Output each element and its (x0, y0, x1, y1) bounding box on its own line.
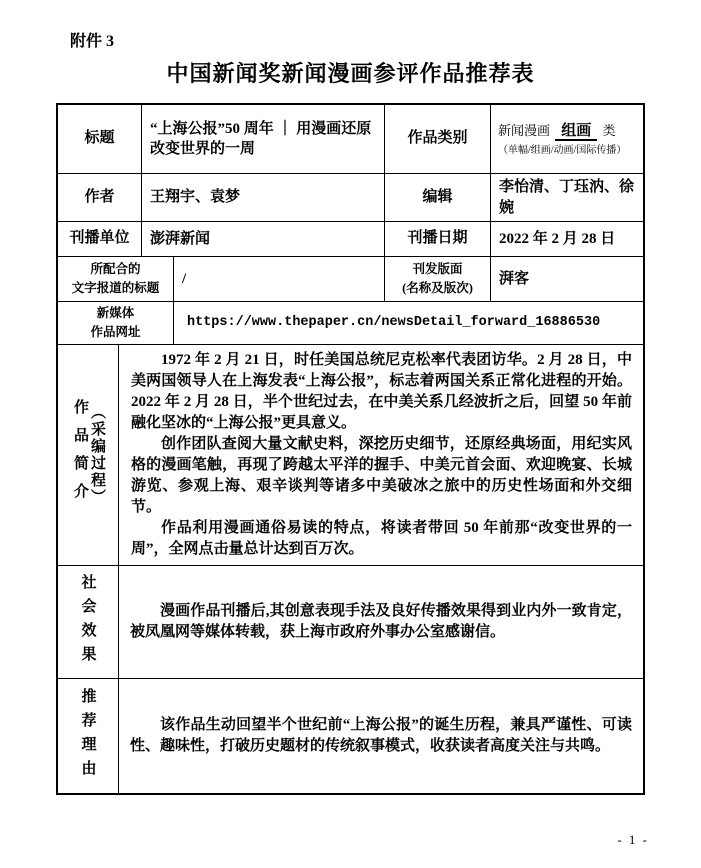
editor-value: 李怡清、丁珏汭、徐婉 (491, 174, 643, 221)
accompany-label: 所配合的 文字报道的标题 (58, 257, 174, 301)
recommendation-table: 标题 “上海公报”50 周年 ｜ 用漫画还原改变世界的一周 作品类别 新闻漫画 … (56, 103, 645, 795)
social-effect-label-cell: 社会效果 (58, 566, 119, 678)
page-number: - 1 - (617, 832, 649, 848)
author-label: 作者 (58, 174, 142, 221)
category-options: （单幅/组画/动画/国际传播） (498, 143, 626, 159)
category-selected: 组画 (555, 123, 597, 141)
row-recommend-reason: 推荐理由 该作品生动回望半个世纪前“上海公报”的诞生历程，兼具严谨性、可读性、趣… (58, 679, 643, 793)
layout-value: 湃客 (491, 257, 643, 301)
category-suffix: 类 (603, 123, 616, 138)
row-title: 标题 “上海公报”50 周年 ｜ 用漫画还原改变世界的一周 作品类别 新闻漫画 … (58, 105, 643, 174)
url-value: https://www.thepaper.cn/newsDetail_forwa… (174, 302, 643, 344)
accompany-value: / (174, 257, 385, 301)
intro-value: 1972 年 2 月 21 日，时任美国总统尼克松率代表团访华。2 月 28 日… (119, 345, 643, 565)
recommend-reason-label: 推荐理由 (78, 688, 99, 784)
row-social-effect: 社会效果 漫画作品刊播后,其创意表现手法及良好传播效果得到业内外一致肯定，被凤凰… (58, 566, 643, 679)
author-value: 王翔宇、袁梦 (142, 174, 385, 221)
publish-unit-label: 刊播单位 (58, 222, 142, 256)
intro-label-main: 作品简介 (71, 399, 88, 511)
row-intro: 作品简介 （采编过程） 1972 年 2 月 21 日，时任美国总统尼克松率代表… (58, 345, 643, 566)
social-effect-text: 漫画作品刊播后,其创意表现手法及良好传播效果得到业内外一致肯定，被凤凰网等媒体转… (130, 601, 632, 643)
title-label: 标题 (58, 105, 142, 173)
social-effect-value: 漫画作品刊播后,其创意表现手法及良好传播效果得到业内外一致肯定，被凤凰网等媒体转… (119, 566, 643, 678)
document-page: 附件 3 中国新闻奖新闻漫画参评作品推荐表 标题 “上海公报”50 周年 ｜ 用… (0, 0, 701, 868)
row-accompany: 所配合的 文字报道的标题 / 刊发版面 (名称及版次) 湃客 (58, 257, 643, 302)
category-prefix: 新闻漫画 (498, 123, 550, 138)
category-selected-line: 新闻漫画 组画 类 (498, 119, 616, 140)
editor-label: 编辑 (385, 174, 491, 221)
intro-label-sub: （采编过程） (88, 404, 105, 506)
layout-label: 刊发版面 (名称及版次) (385, 257, 491, 301)
page-title: 中国新闻奖新闻漫画参评作品推荐表 (0, 57, 701, 88)
intro-label: 作品简介 （采编过程） (58, 345, 119, 565)
row-url: 新媒体 作品网址 https://www.thepaper.cn/newsDet… (58, 302, 643, 345)
recommend-reason-label-cell: 推荐理由 (58, 679, 119, 793)
title-value: “上海公报”50 周年 ｜ 用漫画还原改变世界的一周 (142, 105, 385, 173)
url-label: 新媒体 作品网址 (58, 302, 174, 344)
row-author: 作者 王翔宇、袁梦 编辑 李怡清、丁珏汭、徐婉 (58, 174, 643, 222)
recommend-reason-text: 该作品生动回望半个世纪前“上海公报”的诞生历程，兼具严谨性、可读性、趣味性，打破… (130, 715, 632, 757)
publish-date-label: 刊播日期 (385, 222, 491, 256)
category-value: 新闻漫画 组画 类 （单幅/组画/动画/国际传播） (491, 105, 643, 173)
intro-paragraph-1: 1972 年 2 月 21 日，时任美国总统尼克松率代表团访华。2 月 28 日… (131, 350, 632, 434)
social-effect-label: 社会效果 (78, 574, 99, 670)
recommend-reason-value: 该作品生动回望半个世纪前“上海公报”的诞生历程，兼具严谨性、可读性、趣味性，打破… (119, 679, 643, 793)
category-label: 作品类别 (385, 105, 491, 173)
attachment-label: 附件 3 (70, 28, 114, 51)
intro-paragraph-3: 作品利用漫画通俗易读的特点，将读者带回 50 年前那“改变世界的一周”，全网点击… (131, 518, 632, 560)
publish-unit-value: 澎湃新闻 (142, 222, 385, 256)
publish-date-value: 2022 年 2 月 28 日 (491, 222, 643, 256)
row-publish: 刊播单位 澎湃新闻 刊播日期 2022 年 2 月 28 日 (58, 222, 643, 257)
intro-paragraph-2: 创作团队查阅大量文献史料，深挖历史细节，还原经典场面，用纪实风格的漫画笔触，再现… (131, 434, 632, 518)
